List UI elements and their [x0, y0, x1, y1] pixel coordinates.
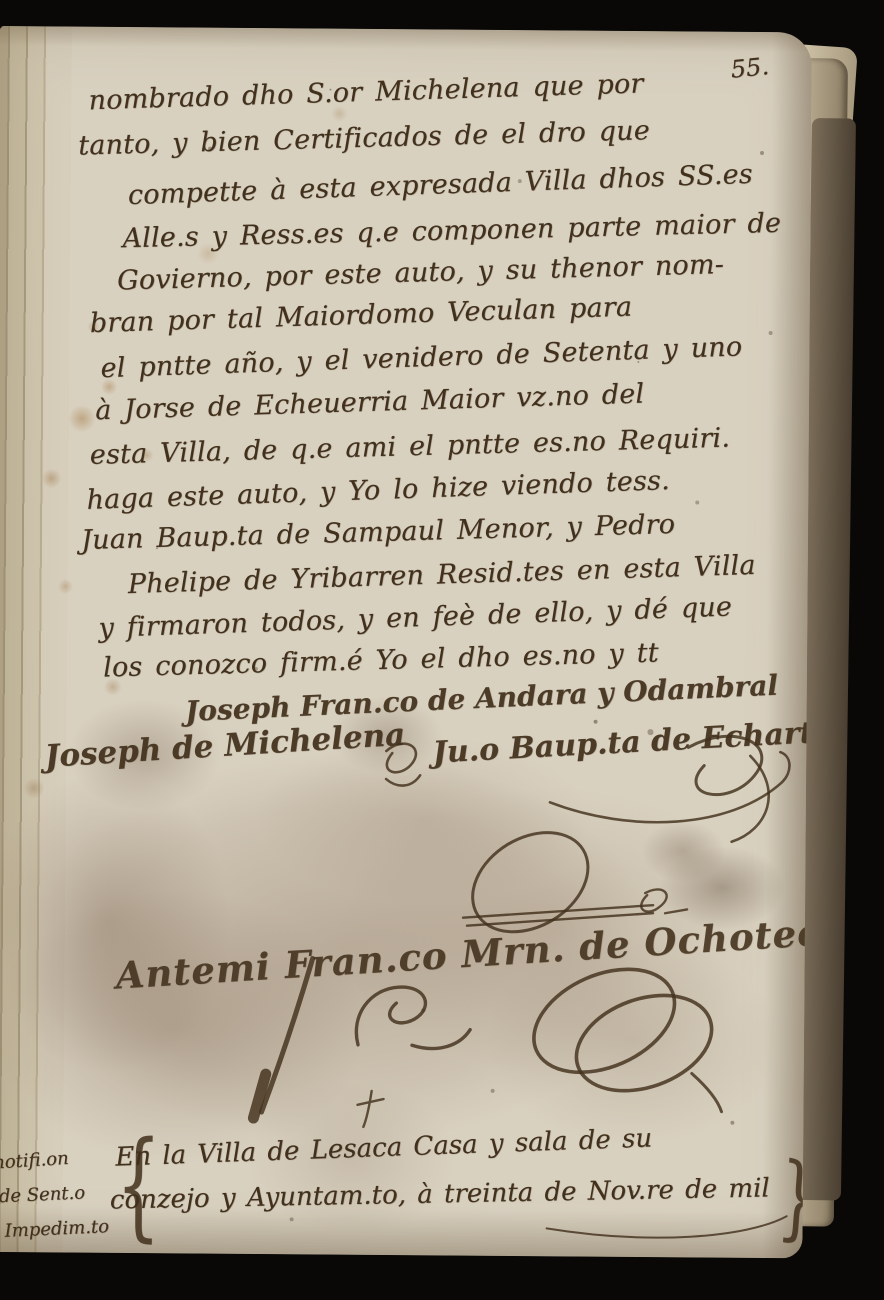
- manuscript-line: compette à esta expresada Villa dhos SS.…: [127, 159, 753, 211]
- folio-number: 55.: [729, 52, 770, 84]
- closing-underline: [547, 1214, 787, 1238]
- rubric-echarte-tail: [732, 756, 769, 842]
- manuscript-line: y firmaron todos, y en feè de ello, y dé…: [98, 592, 733, 645]
- manuscript-line: Juan Baup.ta de Sampaul Menor, y Pedro: [81, 509, 676, 556]
- manuscript-line: bran por tal Maiordomo Veculan para: [89, 292, 632, 340]
- manuscript-line: esta Villa, de q.e ami el pntte es.no Re…: [89, 423, 730, 471]
- manuscript-line: Alle.s y Ress.es q.e componen parte maio…: [122, 208, 781, 255]
- closing-line: En la Villa de Lesaca Casa y sala de su: [115, 1123, 653, 1172]
- manuscript-page: 55. nombrado dho S.or Michelena que por …: [0, 26, 812, 1258]
- manuscript-line: nombrado dho S.or Michelena que por: [88, 68, 644, 116]
- rubric-paraph: [356, 987, 470, 1049]
- rubric-double-oval-2: [563, 978, 724, 1108]
- manuscript-line: tanto, y bien Certificados de el dro que: [78, 115, 651, 162]
- ink-specks: [0, 26, 2, 28]
- rubric-strike-end: [641, 889, 687, 913]
- manuscript-line: el pntte año, y el venidero de Setenta y…: [100, 331, 743, 384]
- manuscript-line: Phelipe de Yribarren Resid.tes en esta V…: [127, 550, 756, 600]
- rubric-double-oval-tail: [691, 1073, 721, 1111]
- photo-backdrop: 55. nombrado dho S.or Michelena que por …: [0, 0, 884, 1300]
- margin-note-line: Impedim.to: [4, 1216, 109, 1242]
- manuscript-line: à Jorse de Echeuerria Maior vz.no del: [95, 379, 645, 427]
- signature-echarte: Ju.o Baup.ta de Echarte: [432, 714, 812, 770]
- notary-attestation: Antemi Fran.co Mrn. de Ochoteco ess.no: [114, 899, 812, 997]
- manuscript-line: Govierno, por este auto, y su thenor nom…: [117, 249, 725, 296]
- manuscript-line: haga este auto, y Yo lo hize viendo tess…: [86, 465, 670, 516]
- descender-wedge: [253, 1074, 265, 1118]
- cross-mark: [357, 1091, 383, 1127]
- margin-note-line: notifi.on: [0, 1148, 69, 1174]
- margin-note-line: de Sent.o: [0, 1182, 86, 1207]
- closing-line: conzejo y Ayuntam.to, à treinta de Nov.r…: [110, 1173, 770, 1215]
